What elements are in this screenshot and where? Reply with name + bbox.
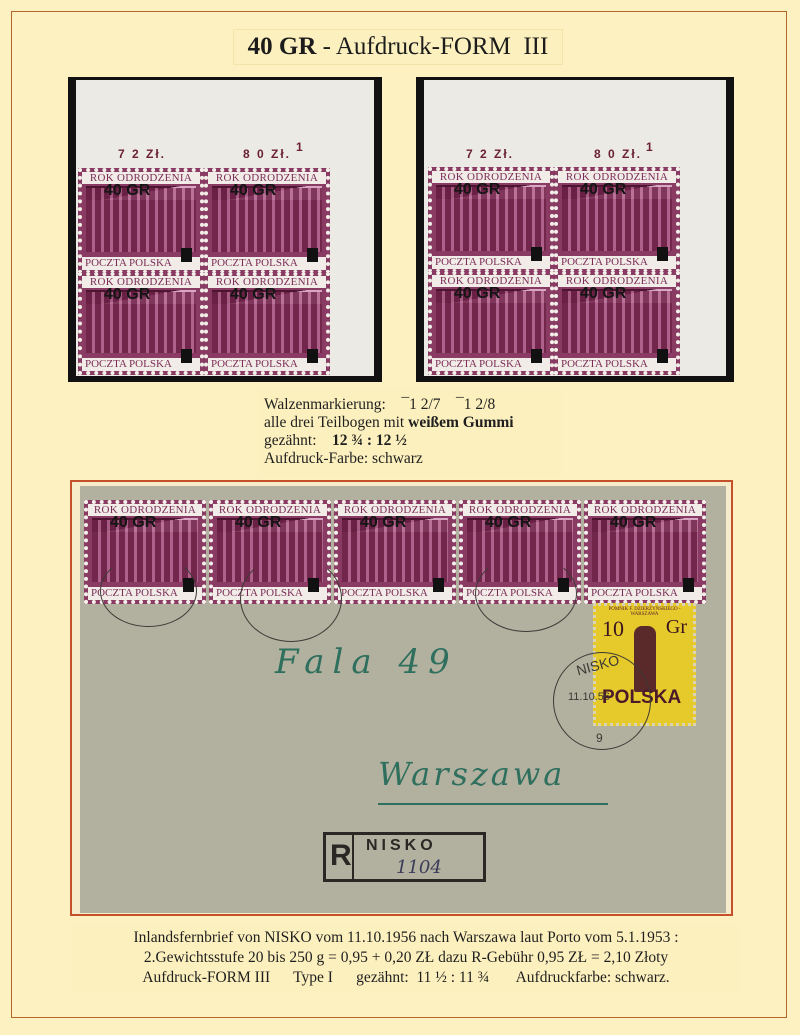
title-rest: - Aufdruck-FORM III (316, 33, 548, 61)
registration-town: NISKO (366, 837, 437, 855)
stamp: ROK ODRODZENIA40 GRPOCZTA POLSKA (78, 272, 204, 375)
stamp: ROK ODRODZENIA40 GRPOCZTA POLSKA (554, 271, 680, 375)
title-bold: 40 GR (248, 33, 317, 61)
overprint: 40 GR (104, 286, 150, 304)
overprint: 40 GR (230, 286, 276, 304)
postmark (100, 555, 197, 627)
stamp: ROK ODRODZENIA40 GRPOCZTA POLSKA (554, 167, 680, 273)
note-label: Walzenmarkierung: (264, 396, 386, 413)
stamp: ROK ODRODZENIA40 GRPOCZTA POLSKA (204, 168, 330, 274)
overprint: 40 GR (485, 514, 531, 532)
strip-stamp: ROK ODRODZENIA40 GRPOCZTA POLSKA (334, 500, 456, 604)
stamp-unit: Gr (666, 616, 687, 639)
stamp-block-2: 7 2 Zł. 8 0 Zł. 1 ROK ODRODZENIA40 GRPOC… (416, 77, 734, 382)
overprint: 40 GR (110, 514, 156, 532)
stamp: ROK ODRODZENIA40 GRPOCZTA POLSKA (428, 167, 554, 273)
overprint: 40 GR (360, 514, 406, 532)
variety-notes: Walzenmarkierung: ¯1 2/7 ¯1 2/8 alle dre… (258, 388, 562, 478)
postmark-town: NISKO (575, 652, 621, 679)
note-value: ¯1 2/8 (456, 396, 495, 413)
margin-value-right: 8 0 Zł. (594, 147, 642, 161)
overprint: 40 GR (454, 181, 500, 199)
margin-value-left: 7 2 Zł. (118, 147, 166, 161)
page-title: 40 GR - Aufdruck-FORM III (233, 29, 563, 65)
margin-value-right: 8 0 Zł. (243, 147, 291, 161)
cover-caption: Inlandsfernbrief von NISKO vom 11.10.195… (72, 925, 740, 993)
margin-value-left: 7 2 Zł. (466, 147, 514, 161)
stamp: ROK ODRODZENIA40 GRPOCZTA POLSKA (204, 272, 330, 375)
note-text: Aufdruck-Farbe: schwarz (264, 450, 562, 468)
postmark-nisko: NISKO 11.10.56 9 (553, 652, 651, 750)
stamp: ROK ODRODZENIA40 GRPOCZTA POLSKA (428, 271, 554, 375)
postmark-date: 11.10.56 (568, 691, 610, 703)
postmark (475, 555, 577, 632)
registration-label: R NISKO 1104 (323, 832, 486, 882)
stamp-value: 10 (602, 616, 624, 642)
plate-mark: 1 (646, 140, 655, 154)
stamp: ROK ODRODZENIA40 GRPOCZTA POLSKA (78, 168, 204, 274)
overprint: 40 GR (580, 181, 626, 199)
registration-letter: R (330, 839, 352, 873)
address-city: Warszawa (378, 755, 565, 793)
address-street: Fala 49 (275, 642, 458, 682)
overprint: 40 GR (230, 182, 276, 200)
stamp-block-1: 7 2 Zł. 8 0 Zł. 1 ROK ODRODZENIA40 GRPOC… (68, 77, 382, 382)
strip-stamp: ROK ODRODZENIA40 GRPOCZTA POLSKA (584, 500, 706, 604)
caption-line: Aufdruck-FORM III Type I gezähnt: 11 ½ :… (72, 968, 740, 988)
note-label: gezähnt: (264, 432, 317, 449)
caption-line: Inlandsfernbrief von NISKO vom 11.10.195… (72, 928, 740, 948)
address-underline (378, 803, 608, 805)
note-bold: weißem Gummi (408, 414, 513, 431)
note-bold: 12 ¾ : 12 ½ (332, 432, 407, 449)
note-value: ¯1 2/7 (401, 396, 440, 413)
plate-mark: 1 (296, 140, 305, 154)
postmark-code: 9 (596, 731, 603, 745)
caption-line: 2.Gewichtsstufe 20 bis 250 g = 0,95 + 0,… (72, 948, 740, 968)
overprint: 40 GR (454, 285, 500, 303)
overprint: 40 GR (610, 514, 656, 532)
note-text: alle drei Teilbogen mit (264, 414, 408, 431)
overprint: 40 GR (580, 285, 626, 303)
registration-number: 1104 (396, 857, 442, 878)
overprint: 40 GR (235, 514, 281, 532)
overprint: 40 GR (104, 182, 150, 200)
postmark (240, 555, 342, 642)
